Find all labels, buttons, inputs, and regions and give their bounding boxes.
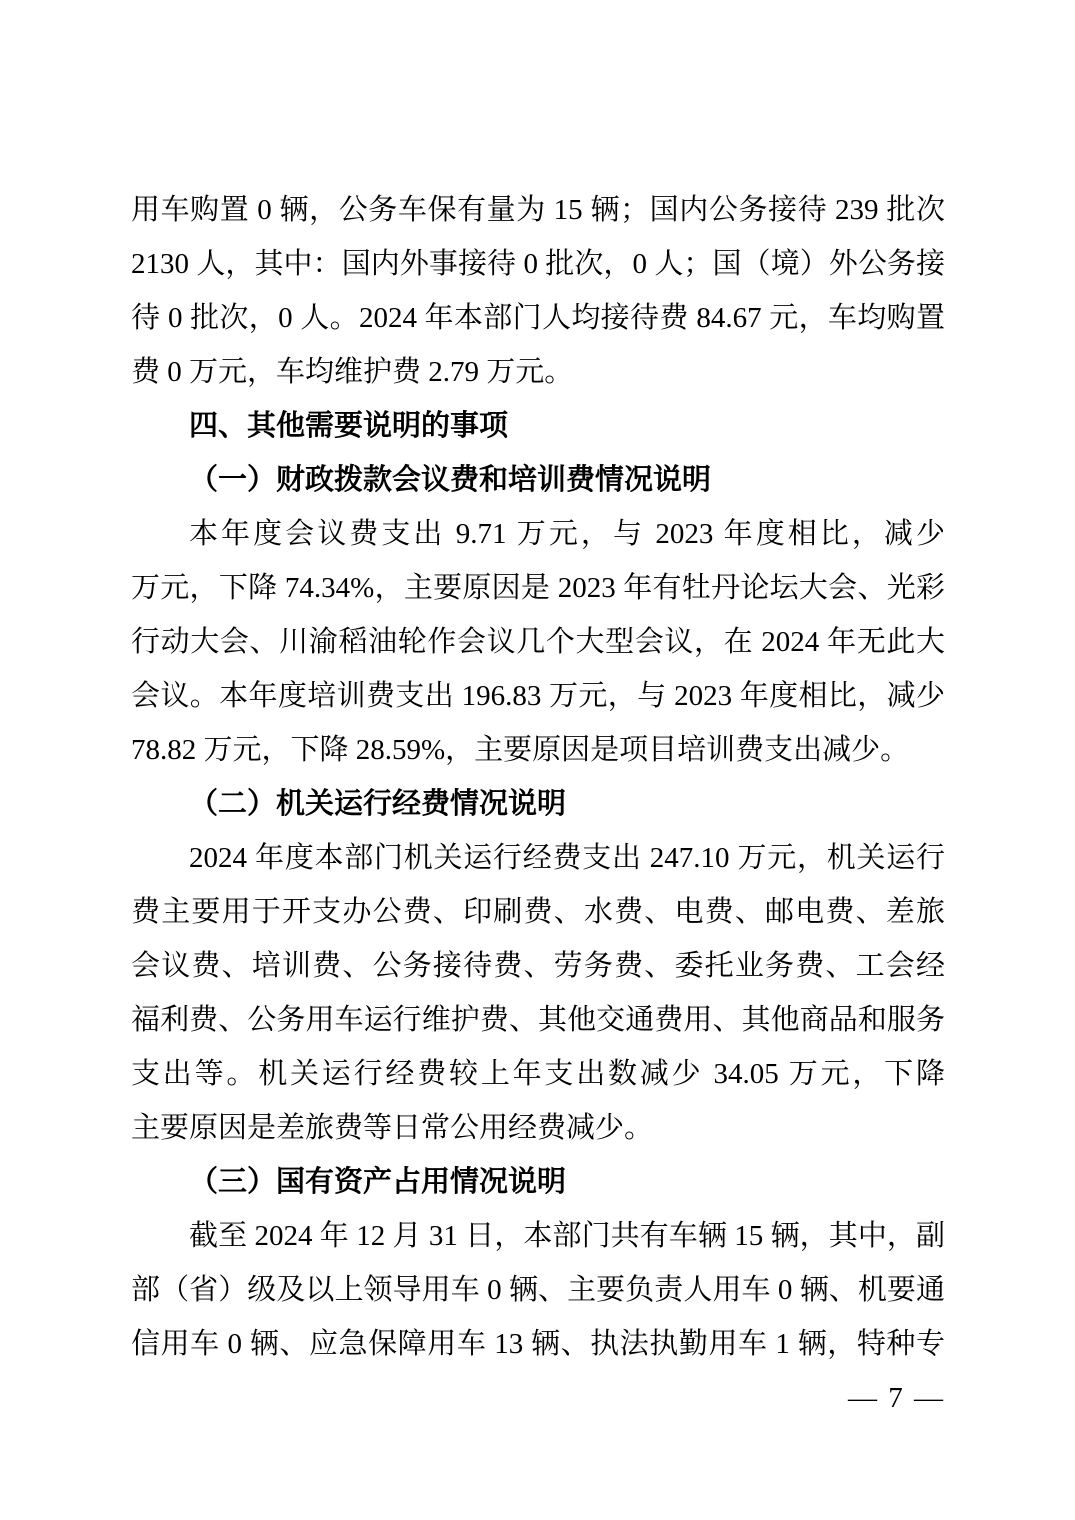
document-content: 用车购置 0 辆，公务车保有量为 15 辆；国内公务接待 239 批次2130 … bbox=[131, 183, 945, 1371]
text-line: 费主要用于开支办公费、印刷费、水费、电费、邮电费、差旅费、 bbox=[131, 885, 945, 939]
text-line: 部（省）级及以上领导用车 0 辆、主要负责人用车 0 辆、机要通 bbox=[131, 1263, 945, 1317]
text-line: 行动大会、川渝稻油轮作会议几个大型会议，在 2024 年无此大型 bbox=[131, 615, 945, 669]
text-line: 待 0 批次，0 人。2024 年本部门人均接待费 84.67 元，车均购置 bbox=[131, 291, 945, 345]
text-line: 78.82 万元，下降 28.59%，主要原因是项目培训费支出减少。 bbox=[131, 723, 945, 777]
text-line: 信用车 0 辆、应急保障用车 13 辆、执法执勤用车 1 辆，特种专业 bbox=[131, 1317, 945, 1371]
subsection-heading-2: （二）机关运行经费情况说明 bbox=[131, 777, 945, 831]
subsection-heading-1: （一）财政拨款会议费和培训费情况说明 bbox=[131, 453, 945, 507]
document-page: 用车购置 0 辆，公务车保有量为 15 辆；国内公务接待 239 批次2130 … bbox=[0, 0, 1075, 1520]
text-line: 支出等。机关运行经费较上年支出数减少 34.05 万元，下降 12.11%， bbox=[131, 1047, 945, 1101]
page-number: — 7 — bbox=[848, 1371, 945, 1425]
text-line: 2130 人，其中：国内外事接待 0 批次，0 人；国（境）外公务接 bbox=[131, 237, 945, 291]
subsection-heading-3: （三）国有资产占用情况说明 bbox=[131, 1155, 945, 1209]
text-line: 万元，下降 74.34%，主要原因是 2023 年有牡丹论坛大会、光彩 bbox=[131, 561, 945, 615]
text-line: 会议费、培训费、公务接待费、劳务费、委托业务费、工会经费、 bbox=[131, 939, 945, 993]
text-line: 截至 2024 年 12 月 31 日，本部门共有车辆 15 辆，其中，副 bbox=[131, 1209, 945, 1263]
text-line: 本年度会议费支出 9.71 万元，与 2023 年度相比，减少 28.13 bbox=[131, 507, 945, 561]
text-line: 主要原因是差旅费等日常公用经费减少。 bbox=[131, 1101, 945, 1155]
section-heading-4: 四、其他需要说明的事项 bbox=[131, 399, 945, 453]
text-line: 费 0 万元，车均维护费 2.79 万元。 bbox=[131, 345, 945, 399]
text-line: 2024 年度本部门机关运行经费支出 247.10 万元，机关运行经 bbox=[131, 831, 945, 885]
text-line: 会议。本年度培训费支出 196.83 万元，与 2023 年度相比，减少 bbox=[131, 669, 945, 723]
text-line: 福利费、公务用车运行维护费、其他交通费用、其他商品和服务 bbox=[131, 993, 945, 1047]
text-line: 用车购置 0 辆，公务车保有量为 15 辆；国内公务接待 239 批次 bbox=[131, 183, 945, 237]
